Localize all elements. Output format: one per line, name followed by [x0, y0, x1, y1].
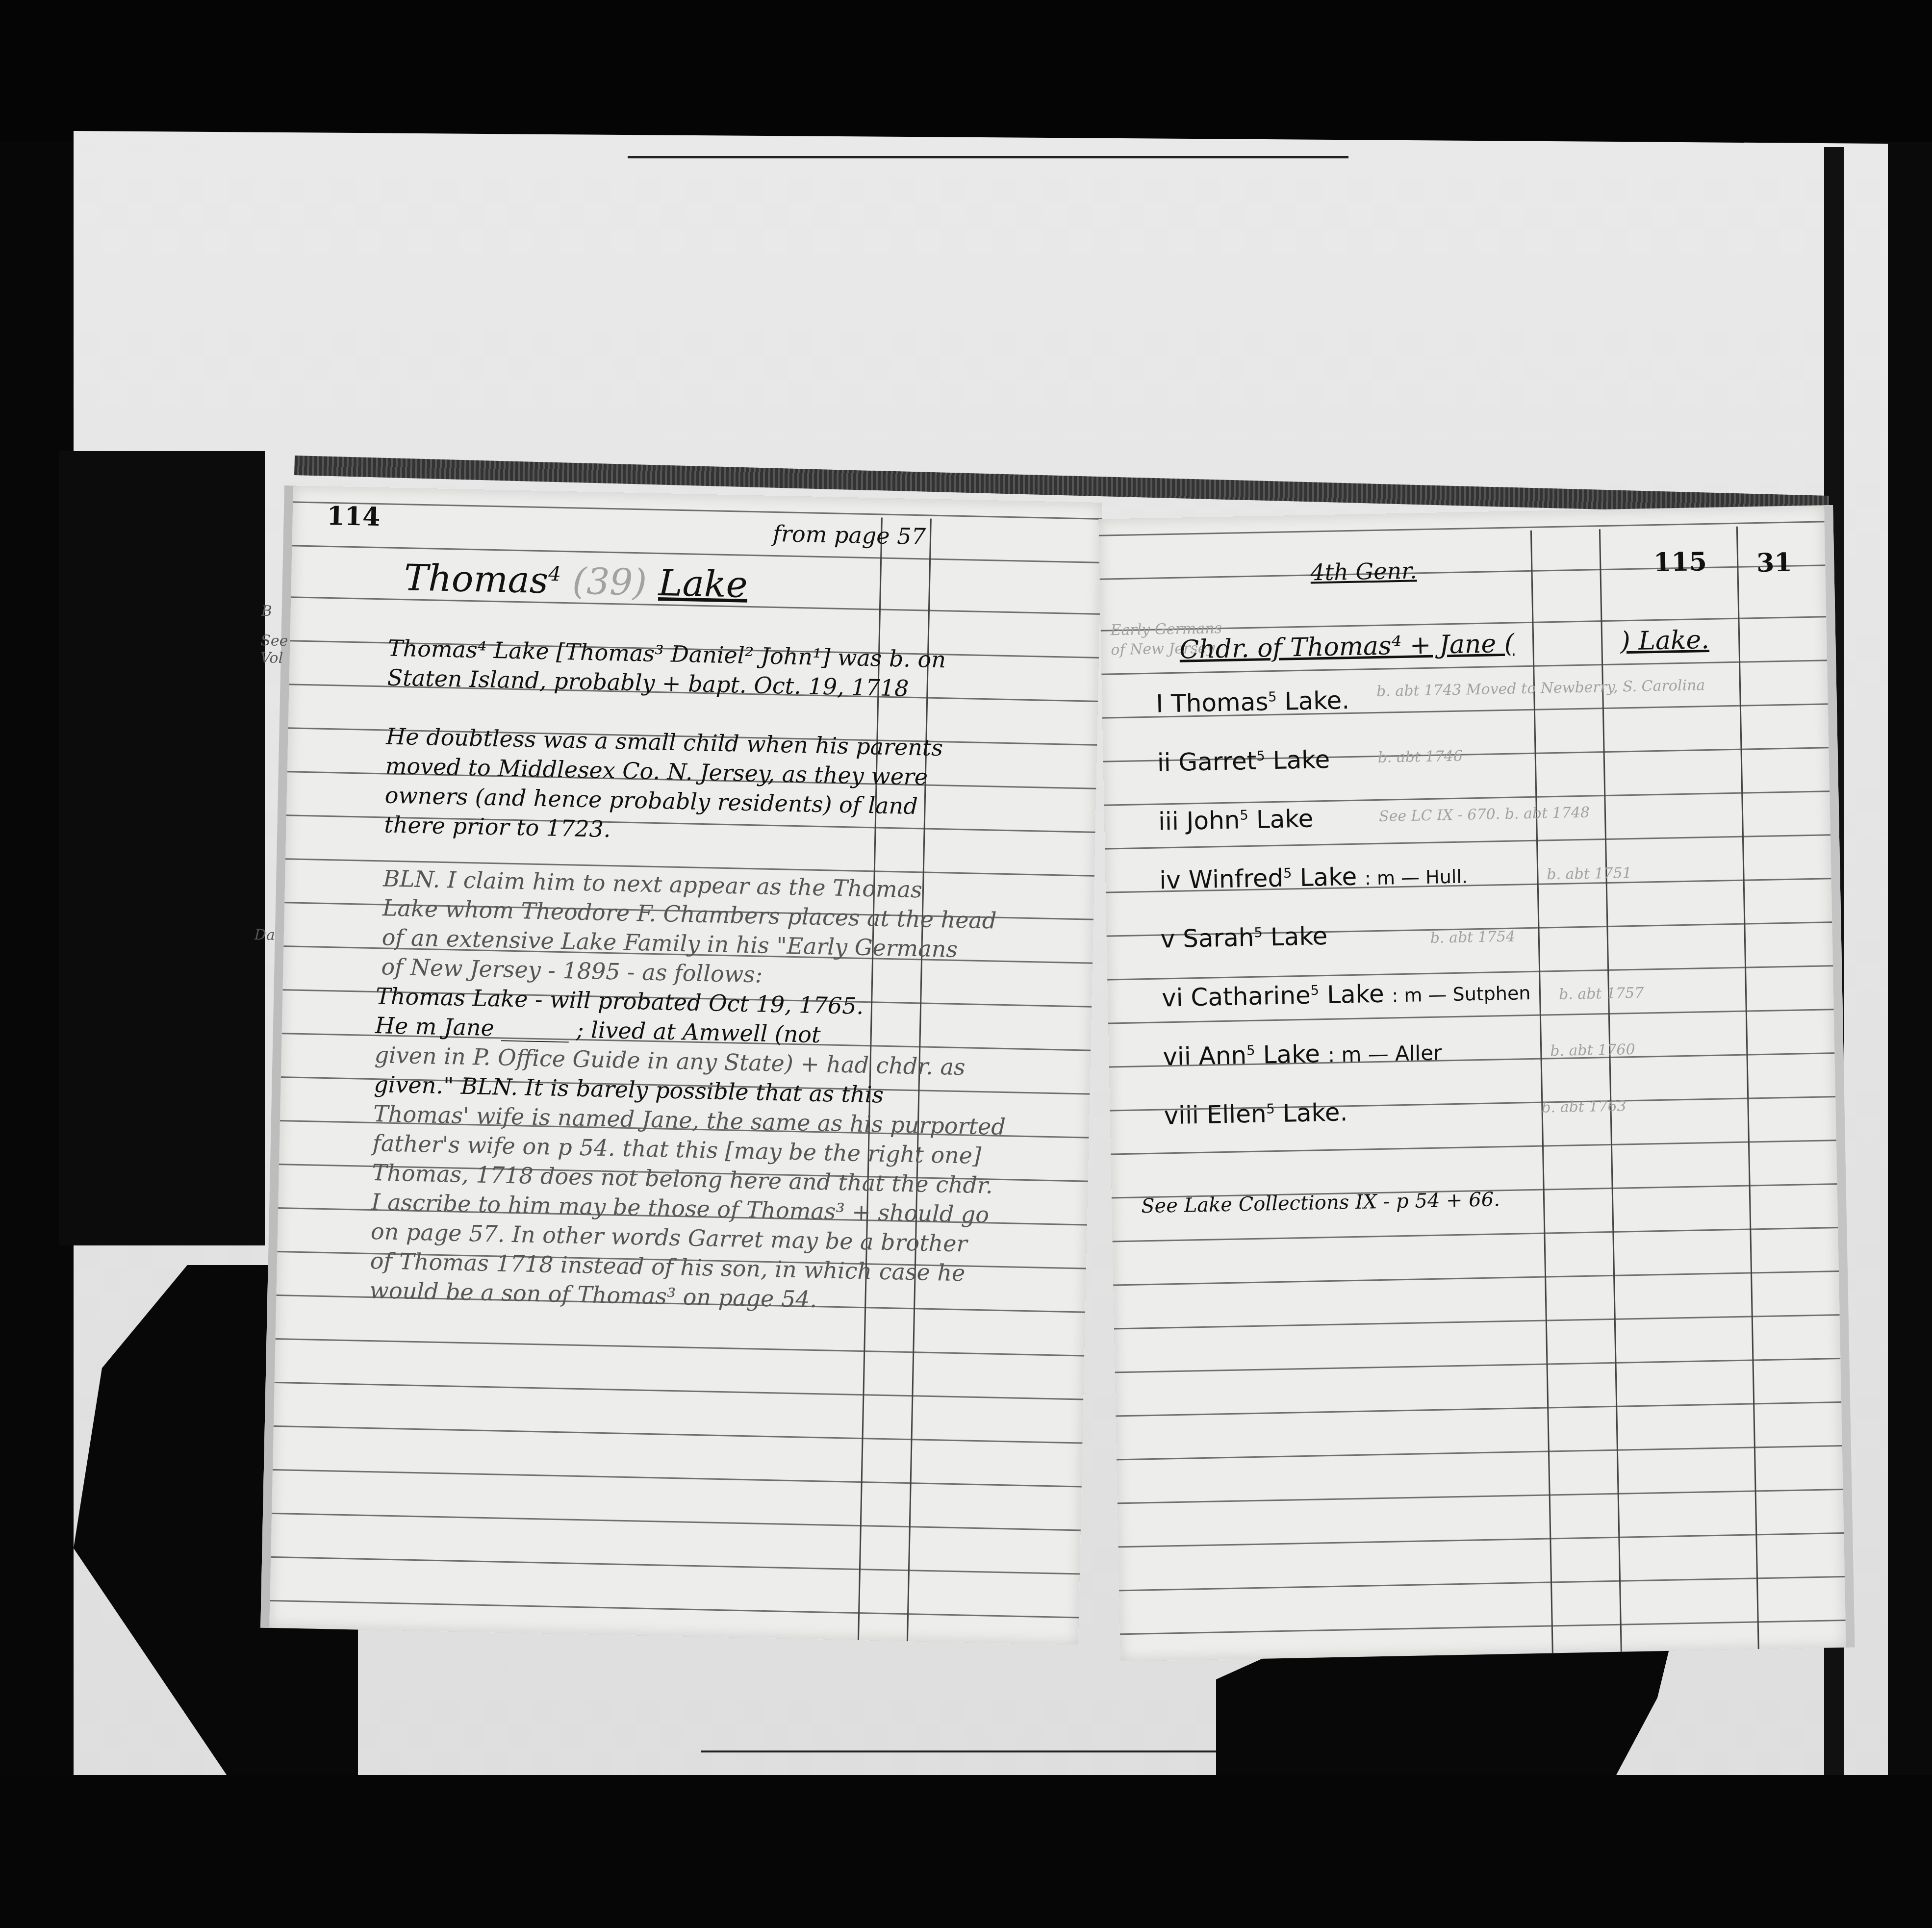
child-entry: vii Ann5 Lake : m — Aller [1163, 1038, 1442, 1071]
child-entry: ii Garret5 Lake [1157, 745, 1330, 777]
cross-reference: from page 57 [773, 520, 926, 550]
child-entry: iv Winfred5 Lake : m — Hull. [1159, 860, 1468, 894]
children-heading: Chdr. of Thomas⁴ + Jane ( ) Lake. [1179, 625, 1709, 665]
pencil-note: b. abt 1751 [1547, 864, 1632, 883]
child-entry: vi Catharine5 Lake : m — Sutphen [1161, 977, 1530, 1012]
entry-title: Thomas4 (39) Lake [404, 557, 748, 606]
column-rule [1530, 531, 1553, 1653]
margin-note: See [260, 632, 288, 650]
text-line: would be a son of Thomas³ on page 54. [369, 1277, 817, 1313]
column-rule [1736, 527, 1759, 1649]
generation-heading: 4th Genr. [1310, 557, 1417, 585]
column-rule [1599, 529, 1622, 1652]
pencil-note: b. abt 1743 Moved to Newberry, S. Caroli… [1376, 677, 1705, 700]
page-number: 115 [1653, 547, 1707, 578]
heading-suffix: ) Lake. [1620, 625, 1709, 656]
child-entry: I Thomas5 Lake. [1156, 686, 1350, 718]
right-page: 115 31 4th Genr. Early Germans of New Je… [1098, 505, 1855, 1661]
film-border-top [0, 0, 1932, 142]
margin-note: Vol [260, 649, 283, 667]
children-list: I Thomas5 Lake. b. abt 1743 Moved to New… [1098, 505, 1824, 519]
child-entry: v Sarah5 Lake [1160, 922, 1328, 954]
page-number: 114 [327, 501, 381, 532]
title-name: Thomas [404, 557, 549, 602]
child-entry: viii Ellen5 Lake. [1164, 1098, 1348, 1130]
margin-note: B [261, 603, 272, 620]
scale-rule-bottom [701, 1750, 1221, 1752]
pencil-note: b. abt 1746 [1377, 748, 1463, 766]
footer-reference: See Lake Collections IX - p 54 + 66. [1141, 1188, 1500, 1218]
child-entry: iii John5 Lake [1158, 804, 1314, 836]
scale-rule-top [628, 156, 1348, 158]
left-page: 114 from page 57 B See Vol Da Thomas4 (3… [260, 485, 1102, 1645]
pencil-note: b. abt 1760 [1550, 1041, 1635, 1060]
pencil-note: b. abt 1754 [1430, 928, 1515, 947]
pencil-note: b. abt 1757 [1559, 985, 1644, 1003]
pencil-note: See LC IX - 670. b. abt 1748 [1379, 804, 1590, 825]
stamp-number: 31 [1756, 548, 1793, 578]
pencil-note: b. abt 1763 [1541, 1097, 1627, 1116]
title-surname: Lake [658, 562, 748, 606]
margin-note: Da [254, 926, 275, 944]
title-number: (39) [572, 560, 647, 604]
column-rule [907, 519, 932, 1642]
title-generation: 4 [548, 562, 561, 586]
text-line: of New Jersey - 1895 - as follows: [381, 953, 763, 988]
film-border-bottom [0, 1775, 1932, 1928]
open-ledger: 114 from page 57 B See Vol Da Thomas4 (3… [221, 485, 1643, 1652]
text-line: there prior to 1723. [384, 811, 611, 842]
